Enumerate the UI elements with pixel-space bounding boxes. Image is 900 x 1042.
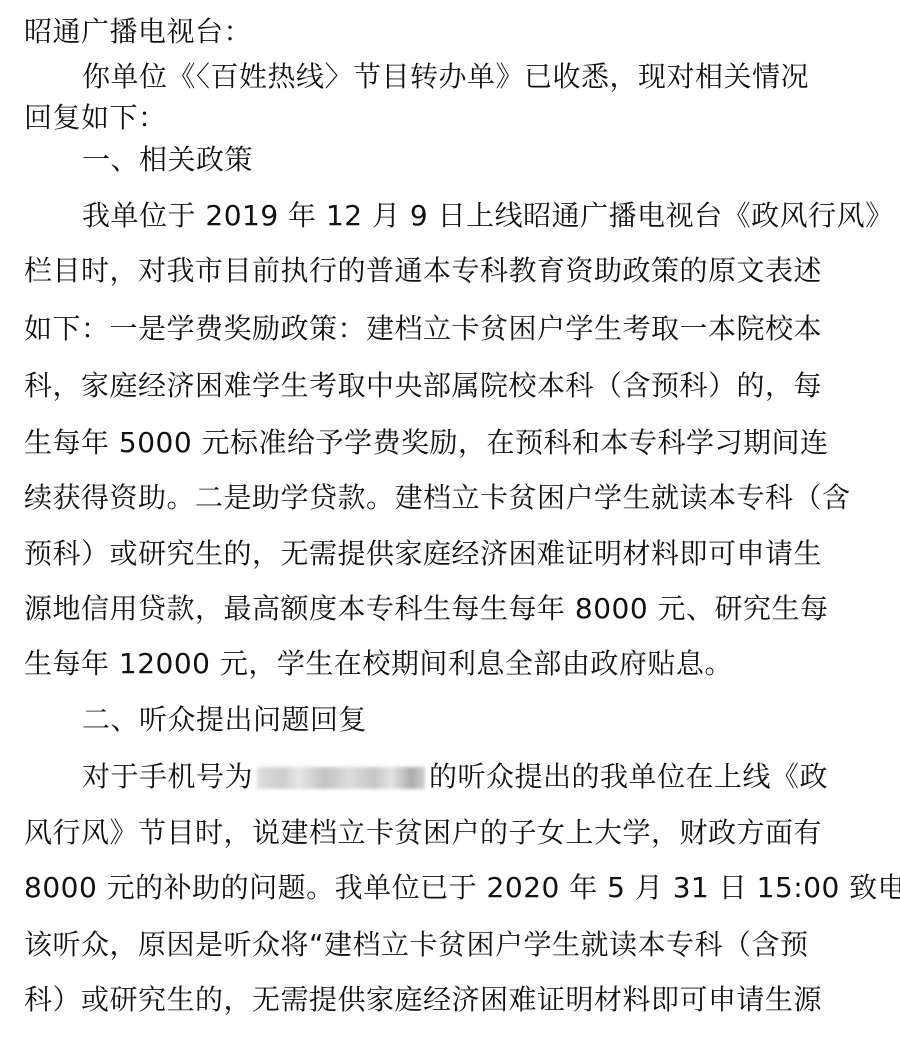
redacted-phone-number: [257, 767, 425, 789]
body-line: 回复如下：: [24, 98, 864, 138]
body-line: 生每年 5000 元标准给予学费奖励，在预科和本专科学习期间连: [24, 423, 864, 463]
phone-prefix-text: 对于手机号为: [82, 760, 253, 793]
body-line: 我单位于 2019 年 12 月 9 日上线昭通广播电视台《政风行风》: [82, 196, 900, 236]
section-heading-listener-reply: 二、听众提出问题回复: [82, 700, 900, 740]
body-line: 如下：一是学费奖励政策：建档立卡贫困户学生考取一本院校本: [24, 309, 864, 349]
body-line: 栏目时，对我市目前执行的普通本专科教育资助政策的原文表述: [24, 251, 864, 291]
body-line: 科，家庭经济困难学生考取中央部属院校本科（含预科）的，每: [24, 366, 864, 406]
body-line: 源地信用贷款，最高额度本专科生每生每年 8000 元、研究生每: [24, 589, 864, 629]
phone-suffix-text: 的听众提出的我单位在上线《政: [429, 760, 828, 793]
reply-letter-document: 昭通广播电视台： 你单位《〈百姓热线〉节目转办单》已收悉，现对相关情况 回复如下…: [0, 0, 900, 1042]
body-line: 预科）或研究生的，无需提供家庭经济困难证明材料即可申请生: [24, 534, 864, 574]
addressee-line: 昭通广播电视台：: [24, 12, 864, 52]
body-line: 风行风》节目时，说建档立卡贫困户的子女上大学，财政方面有: [24, 813, 864, 853]
body-line: 8000 元的补助的问题。我单位已于 2020 年 5 月 31 日 15:00…: [24, 868, 864, 908]
body-line: 科）或研究生的，无需提供家庭经济困难证明材料即可申请生源: [24, 980, 864, 1020]
section-heading-policy: 一、相关政策: [82, 140, 900, 180]
body-line-intro: 你单位《〈百姓热线〉节目转办单》已收悉，现对相关情况: [82, 57, 900, 97]
body-line: 续获得资助。二是助学贷款。建档立卡贫困户学生就读本专科（含: [24, 478, 864, 518]
body-line: 该听众，原因是听众将“建档立卡贫困户学生就读本专科（含预: [24, 925, 864, 965]
body-line-phone: 对于手机号为的听众提出的我单位在上线《政: [82, 757, 900, 797]
body-line: 生每年 12000 元，学生在校期间利息全部由政府贴息。: [24, 644, 864, 684]
